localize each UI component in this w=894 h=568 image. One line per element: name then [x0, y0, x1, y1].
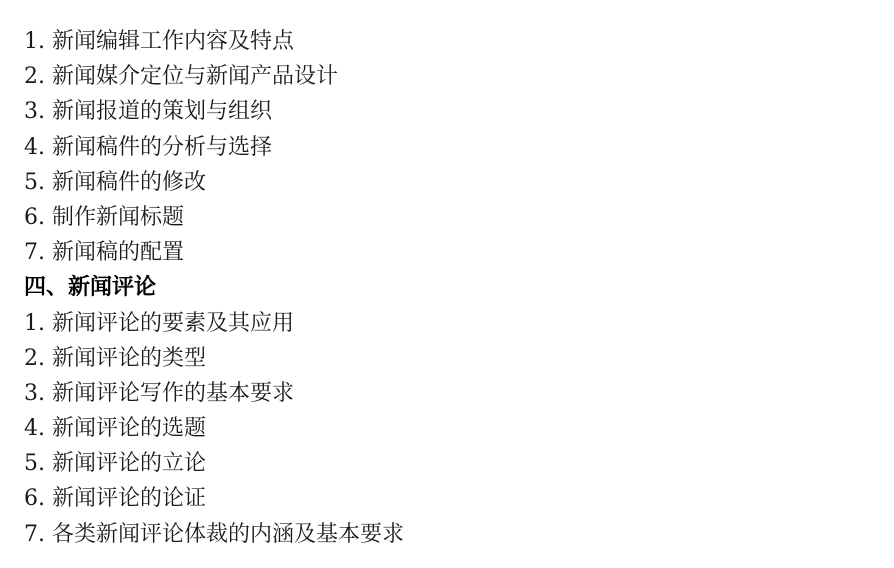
list-item: 3. 新闻报道的策划与组织	[24, 94, 404, 129]
list-item: 6. 制作新闻标题	[24, 200, 404, 235]
list-item: 5. 新闻评论的立论	[24, 446, 404, 481]
list-item: 2. 新闻评论的类型	[24, 341, 404, 376]
list-item: 7. 新闻稿的配置	[24, 235, 404, 270]
list-item: 4. 新闻评论的选题	[24, 411, 404, 446]
list-item: 3. 新闻评论写作的基本要求	[24, 376, 404, 411]
document-body: 1. 新闻编辑工作内容及特点 2. 新闻媒介定位与新闻产品设计 3. 新闻报道的…	[24, 24, 404, 552]
list-item: 1. 新闻评论的要素及其应用	[24, 306, 404, 341]
list-item: 1. 新闻编辑工作内容及特点	[24, 24, 404, 59]
list-item: 5. 新闻稿件的修改	[24, 165, 404, 200]
list-item: 2. 新闻媒介定位与新闻产品设计	[24, 59, 404, 94]
list-item: 7. 各类新闻评论体裁的内涵及基本要求	[24, 517, 404, 552]
list-item: 6. 新闻评论的论证	[24, 481, 404, 516]
section-heading: 四、新闻评论	[24, 270, 404, 305]
list-item: 4. 新闻稿件的分析与选择	[24, 130, 404, 165]
